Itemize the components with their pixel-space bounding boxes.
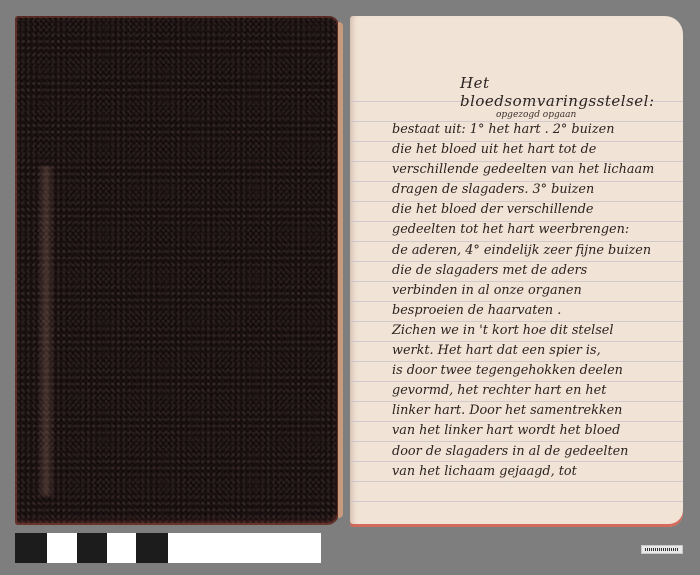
notebook-cover — [15, 16, 339, 525]
scale-segment — [168, 533, 321, 563]
scale-segment — [77, 533, 107, 563]
text-line: door de slagaders in al de gedeelten — [392, 442, 682, 462]
text-line: besproeien de haarvaten . — [392, 301, 682, 321]
text-line: gedeelten tot het hart weerbrengen: — [392, 220, 682, 240]
text-line: Zichen we in 't kort hoe dit stelsel — [392, 321, 682, 341]
text-line: de aderen, 4° eindelijk zeer fijne buize… — [392, 241, 682, 261]
barcode-label — [641, 545, 683, 554]
cover-crease — [37, 166, 55, 496]
text-line: werkt. Het hart dat een spier is, — [392, 341, 682, 361]
cover-page-edge — [338, 22, 343, 518]
text-line: linker hart. Door het samentrekken — [392, 401, 682, 421]
text-line: die de slagaders met de aders — [392, 261, 682, 281]
scale-segment — [107, 533, 136, 563]
scale-segment — [47, 533, 77, 563]
text-line: dragen de slagaders. 3° buizen — [392, 180, 682, 200]
scale-segment — [15, 533, 47, 563]
text-line: verbinden in al onze organen — [392, 281, 682, 301]
text-line: van het linker hart wordt het bloed — [392, 421, 682, 441]
text-line: die het bloed uit het hart tot de — [392, 140, 682, 160]
text-line: die het bloed der verschillende — [392, 200, 682, 220]
handwritten-body: bestaat uit: 1° het hart . 2° buizen die… — [392, 120, 682, 482]
text-line: is door twee tegengehokken deelen — [392, 361, 682, 381]
handwritten-insertion: opgezogd opgaan — [496, 110, 576, 120]
scale-segment — [136, 533, 168, 563]
text-line: verschillende gedeelten van het lichaam — [392, 160, 682, 180]
page-title: Het bloedsomvaringsstelsel: — [460, 74, 683, 110]
barcode-icon — [645, 548, 679, 551]
text-line: gevormd, het rechter hart en het — [392, 381, 682, 401]
text-line: bestaat uit: 1° het hart . 2° buizen — [392, 120, 682, 140]
color-scale-bar — [15, 533, 321, 563]
notebook-page: Het bloedsomvaringsstelsel: opgezogd opg… — [350, 16, 683, 527]
text-line: van het lichaam gejaagd, tot — [392, 462, 682, 482]
